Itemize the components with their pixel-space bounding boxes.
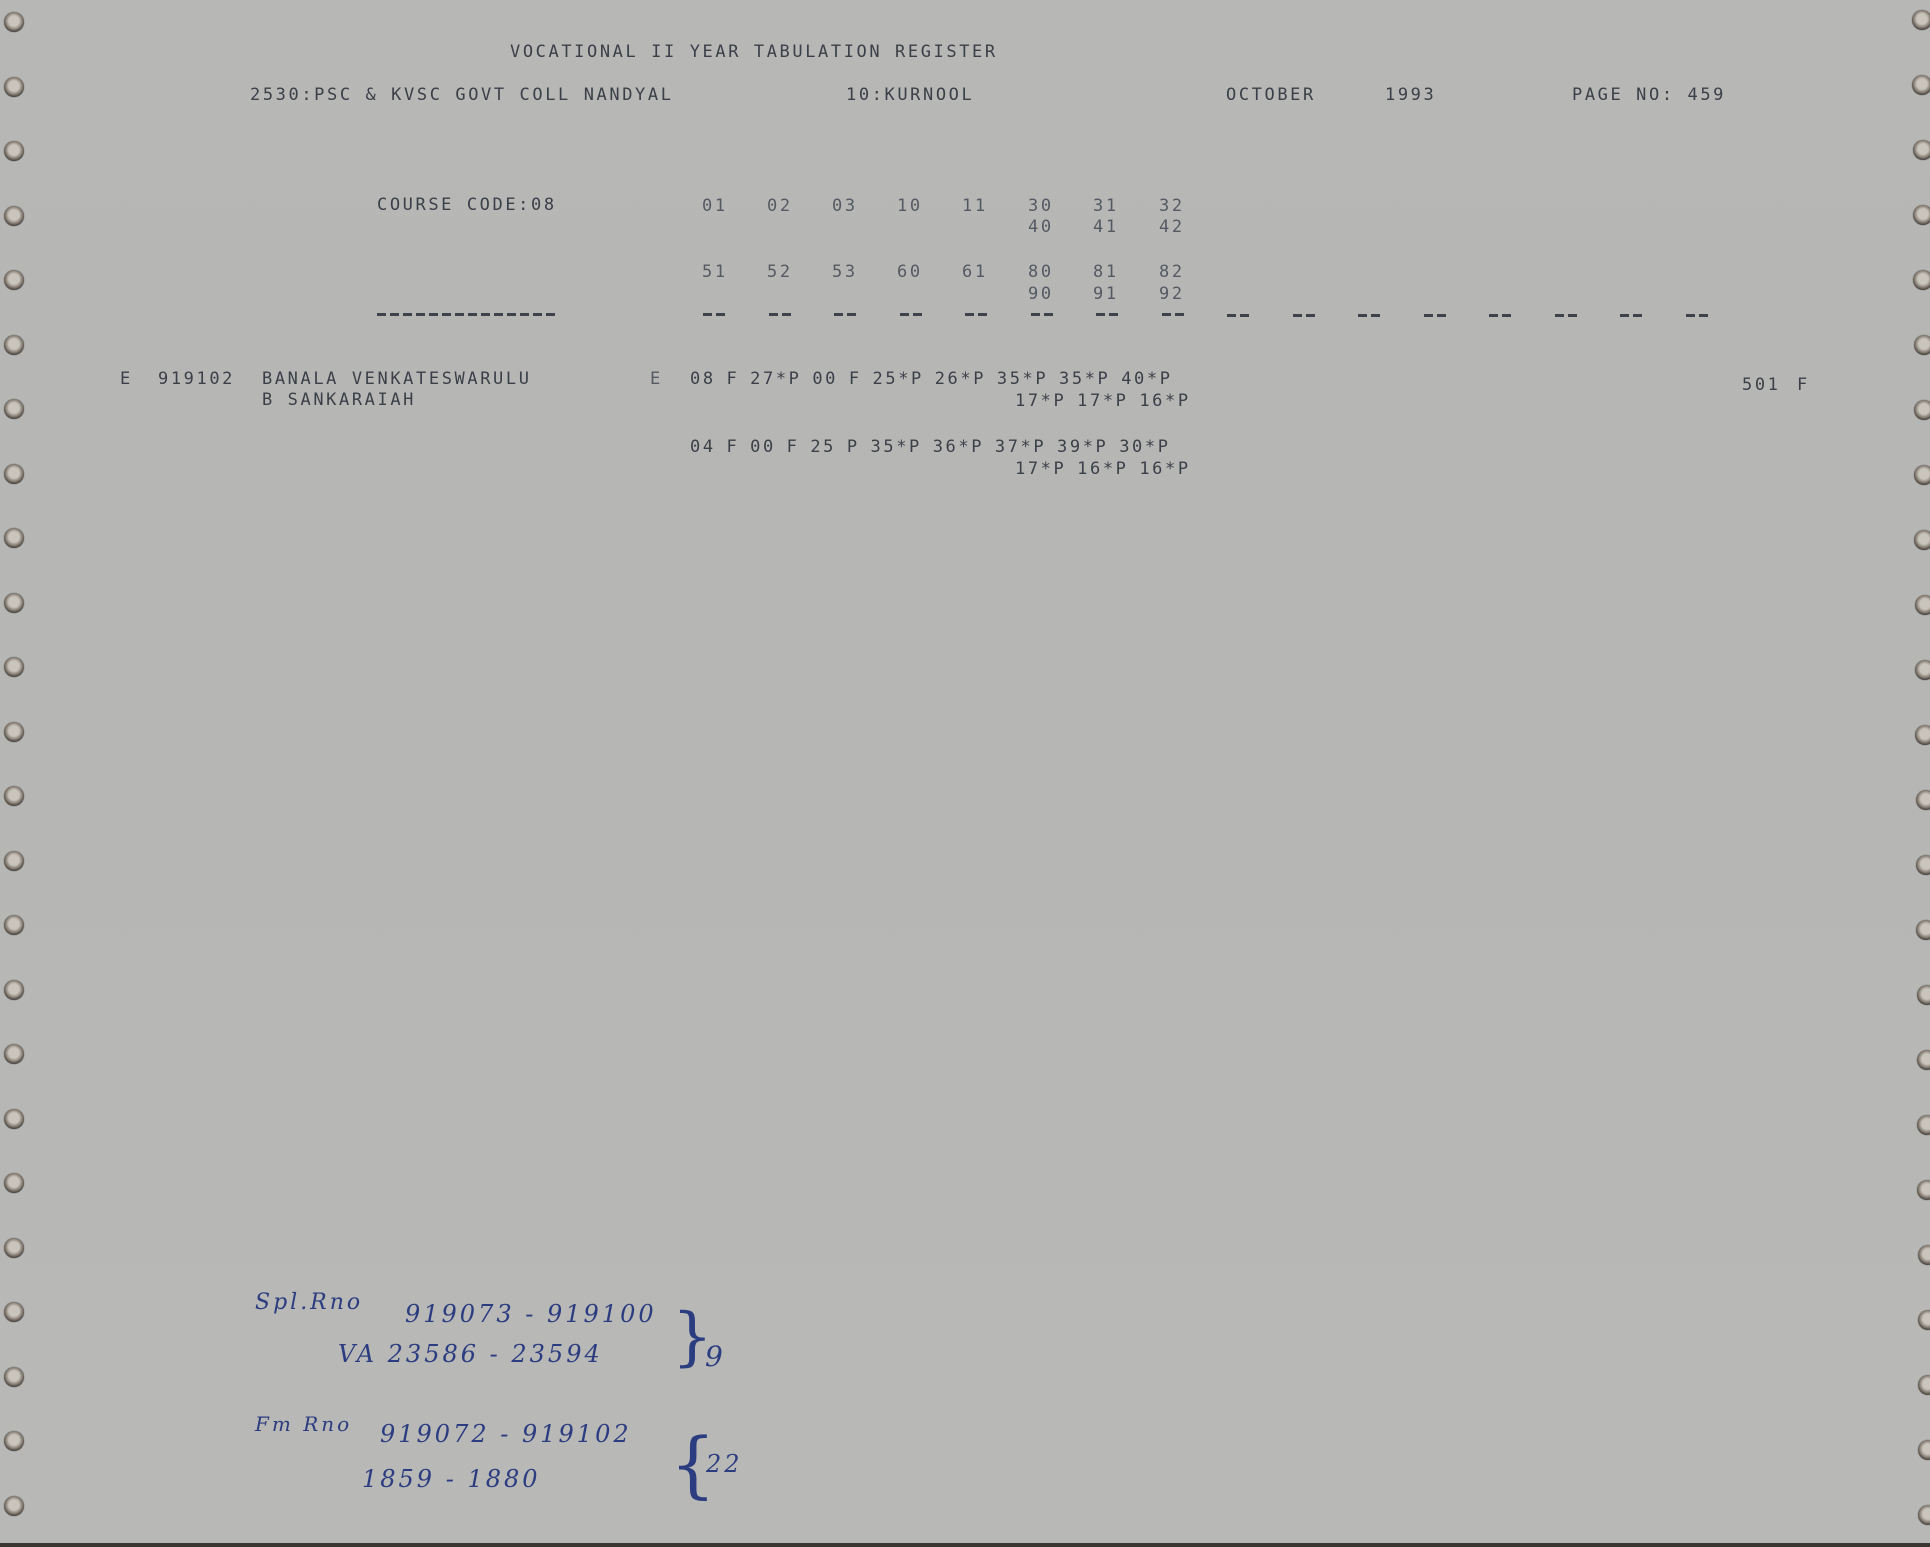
feed-hole-icon [1915, 725, 1930, 745]
feed-hole-icon [4, 657, 24, 677]
feed-hole-icon [4, 851, 24, 871]
feed-hole-icon [1918, 1505, 1930, 1525]
separator-dash [1227, 314, 1249, 317]
handwritten-label: Fm Rno [255, 1412, 352, 1436]
subject-code: 90 [1028, 284, 1054, 304]
handwritten-count: 22 [706, 1450, 743, 1478]
separator-dash [1555, 314, 1577, 317]
feed-hole-icon [1916, 790, 1930, 810]
separator-dash [1096, 313, 1118, 316]
separator-dash [1489, 314, 1511, 317]
exam-month: OCTOBER [1226, 85, 1316, 105]
feed-hole-icon [4, 141, 24, 161]
separator-dash [1686, 314, 1708, 317]
feed-hole-icon [1915, 660, 1930, 680]
feed-hole-icon [1915, 595, 1930, 615]
subject-code: 53 [832, 262, 858, 282]
student-category: E [120, 369, 133, 389]
feed-hole-icon [1913, 205, 1930, 225]
separator-dash [1162, 313, 1184, 316]
subject-code: 31 [1093, 196, 1119, 216]
subject-code: 52 [767, 262, 793, 282]
marks-line-2-sub: 17*P 16*P 16*P [1015, 459, 1191, 479]
feed-hole-icon [1917, 1115, 1930, 1135]
handwritten-range: 1859 - 1880 [362, 1465, 541, 1493]
separator-dash [1293, 314, 1315, 317]
feed-hole-icon [1912, 75, 1930, 95]
subject-code: 01 [702, 196, 728, 216]
subject-code: 40 [1028, 217, 1054, 237]
separator-dash [703, 313, 725, 316]
feed-hole-icon [1914, 400, 1930, 420]
separator-dash [834, 313, 856, 316]
subject-code: 92 [1159, 284, 1185, 304]
subject-code: 51 [702, 262, 728, 282]
subject-code: 11 [962, 196, 988, 216]
separator-dash [965, 313, 987, 316]
feed-hole-icon [1918, 1245, 1930, 1265]
feed-hole-icon [4, 722, 24, 742]
marks-line-1-sub: 17*P 17*P 16*P [1015, 391, 1191, 411]
feed-hole-icon [4, 270, 24, 290]
total-marks: 501 [1742, 375, 1781, 395]
college-name: 2530:PSC & KVSC GOVT COLL NANDYAL [250, 85, 674, 105]
feed-hole-icon [4, 1302, 24, 1322]
feed-hole-icon [1914, 530, 1930, 550]
separator-dash [1358, 314, 1380, 317]
separator-dash [1620, 314, 1642, 317]
exam-year: 1993 [1385, 85, 1436, 105]
feed-hole-icon [4, 1496, 24, 1516]
feed-hole-icon [4, 1109, 24, 1129]
feed-hole-icon [4, 1173, 24, 1193]
feed-hole-icon [1918, 1375, 1930, 1395]
separator-dash [769, 313, 791, 316]
feed-hole-icon [1917, 1180, 1930, 1200]
feed-hole-icon [1917, 1050, 1930, 1070]
subject-code: 02 [767, 196, 793, 216]
subject-code: 91 [1093, 284, 1119, 304]
subject-code: 32 [1159, 196, 1185, 216]
feed-hole-icon [4, 335, 24, 355]
feed-hole-icon [4, 206, 24, 226]
feed-hole-icon [4, 915, 24, 935]
feed-hole-icon [1916, 920, 1930, 940]
feed-hole-icon [4, 1238, 24, 1258]
separator-dash [1031, 313, 1053, 316]
district: 10:KURNOOL [846, 85, 974, 105]
handwritten-range: 919072 - 919102 [380, 1420, 632, 1448]
feed-hole-icon [1913, 270, 1930, 290]
separator-dash [900, 313, 922, 316]
feed-hole-icon [4, 1044, 24, 1064]
feed-hole-icon [1914, 335, 1930, 355]
feed-hole-icon [1913, 140, 1930, 160]
subject-code: 61 [962, 262, 988, 282]
feed-hole-icon [4, 786, 24, 806]
feed-hole-icon [1912, 10, 1930, 30]
subject-code: 03 [832, 196, 858, 216]
feed-hole-icon [4, 1367, 24, 1387]
feed-hole-icon [4, 528, 24, 548]
handwritten-range: 919073 - 919100 [405, 1300, 657, 1328]
feed-hole-icon [4, 593, 24, 613]
handwritten-label: Spl.Rno [255, 1290, 363, 1315]
subject-code: 80 [1028, 262, 1054, 282]
handwritten-count: 9 [705, 1340, 726, 1373]
course-code-label: COURSE CODE:08 [377, 195, 557, 215]
feed-hole-icon [4, 12, 24, 32]
subject-code: 41 [1093, 217, 1119, 237]
printout-page: VOCATIONAL II YEAR TABULATION REGISTER 2… [0, 0, 1930, 1543]
feed-hole-icon [1917, 985, 1930, 1005]
subject-code: 60 [897, 262, 923, 282]
student-father-name: B SANKARAIAH [262, 390, 416, 410]
feed-hole-icon [4, 399, 24, 419]
student-medium: E [650, 369, 663, 389]
feed-hole-icon [1916, 855, 1930, 875]
page-number: PAGE NO: 459 [1572, 85, 1726, 105]
marks-line-2: 04 F 00 F 25 P 35*P 36*P 37*P 39*P 30*P [690, 437, 1171, 457]
subject-code: 30 [1028, 196, 1054, 216]
marks-line-1: 08 F 27*P 00 F 25*P 26*P 35*P 35*P 40*P [690, 369, 1173, 389]
feed-hole-icon [4, 980, 24, 1000]
student-name: BANALA VENKATESWARULU [262, 369, 532, 389]
subject-code: 10 [897, 196, 923, 216]
separator-line [377, 313, 557, 316]
feed-hole-icon [4, 77, 24, 97]
subject-code: 81 [1093, 262, 1119, 282]
handwritten-range: VA 23586 - 23594 [338, 1340, 603, 1368]
student-roll-no: 919102 [158, 369, 235, 389]
feed-hole-icon [4, 464, 24, 484]
result: F [1797, 375, 1810, 395]
feed-hole-icon [1918, 1440, 1930, 1460]
feed-hole-icon [1914, 465, 1930, 485]
page-bottom-edge [0, 1543, 1930, 1547]
feed-hole-icon [1918, 1310, 1930, 1330]
subject-code: 82 [1159, 262, 1185, 282]
report-title: VOCATIONAL II YEAR TABULATION REGISTER [510, 42, 998, 62]
separator-dash [1424, 314, 1446, 317]
feed-hole-icon [4, 1431, 24, 1451]
subject-code: 42 [1159, 217, 1185, 237]
